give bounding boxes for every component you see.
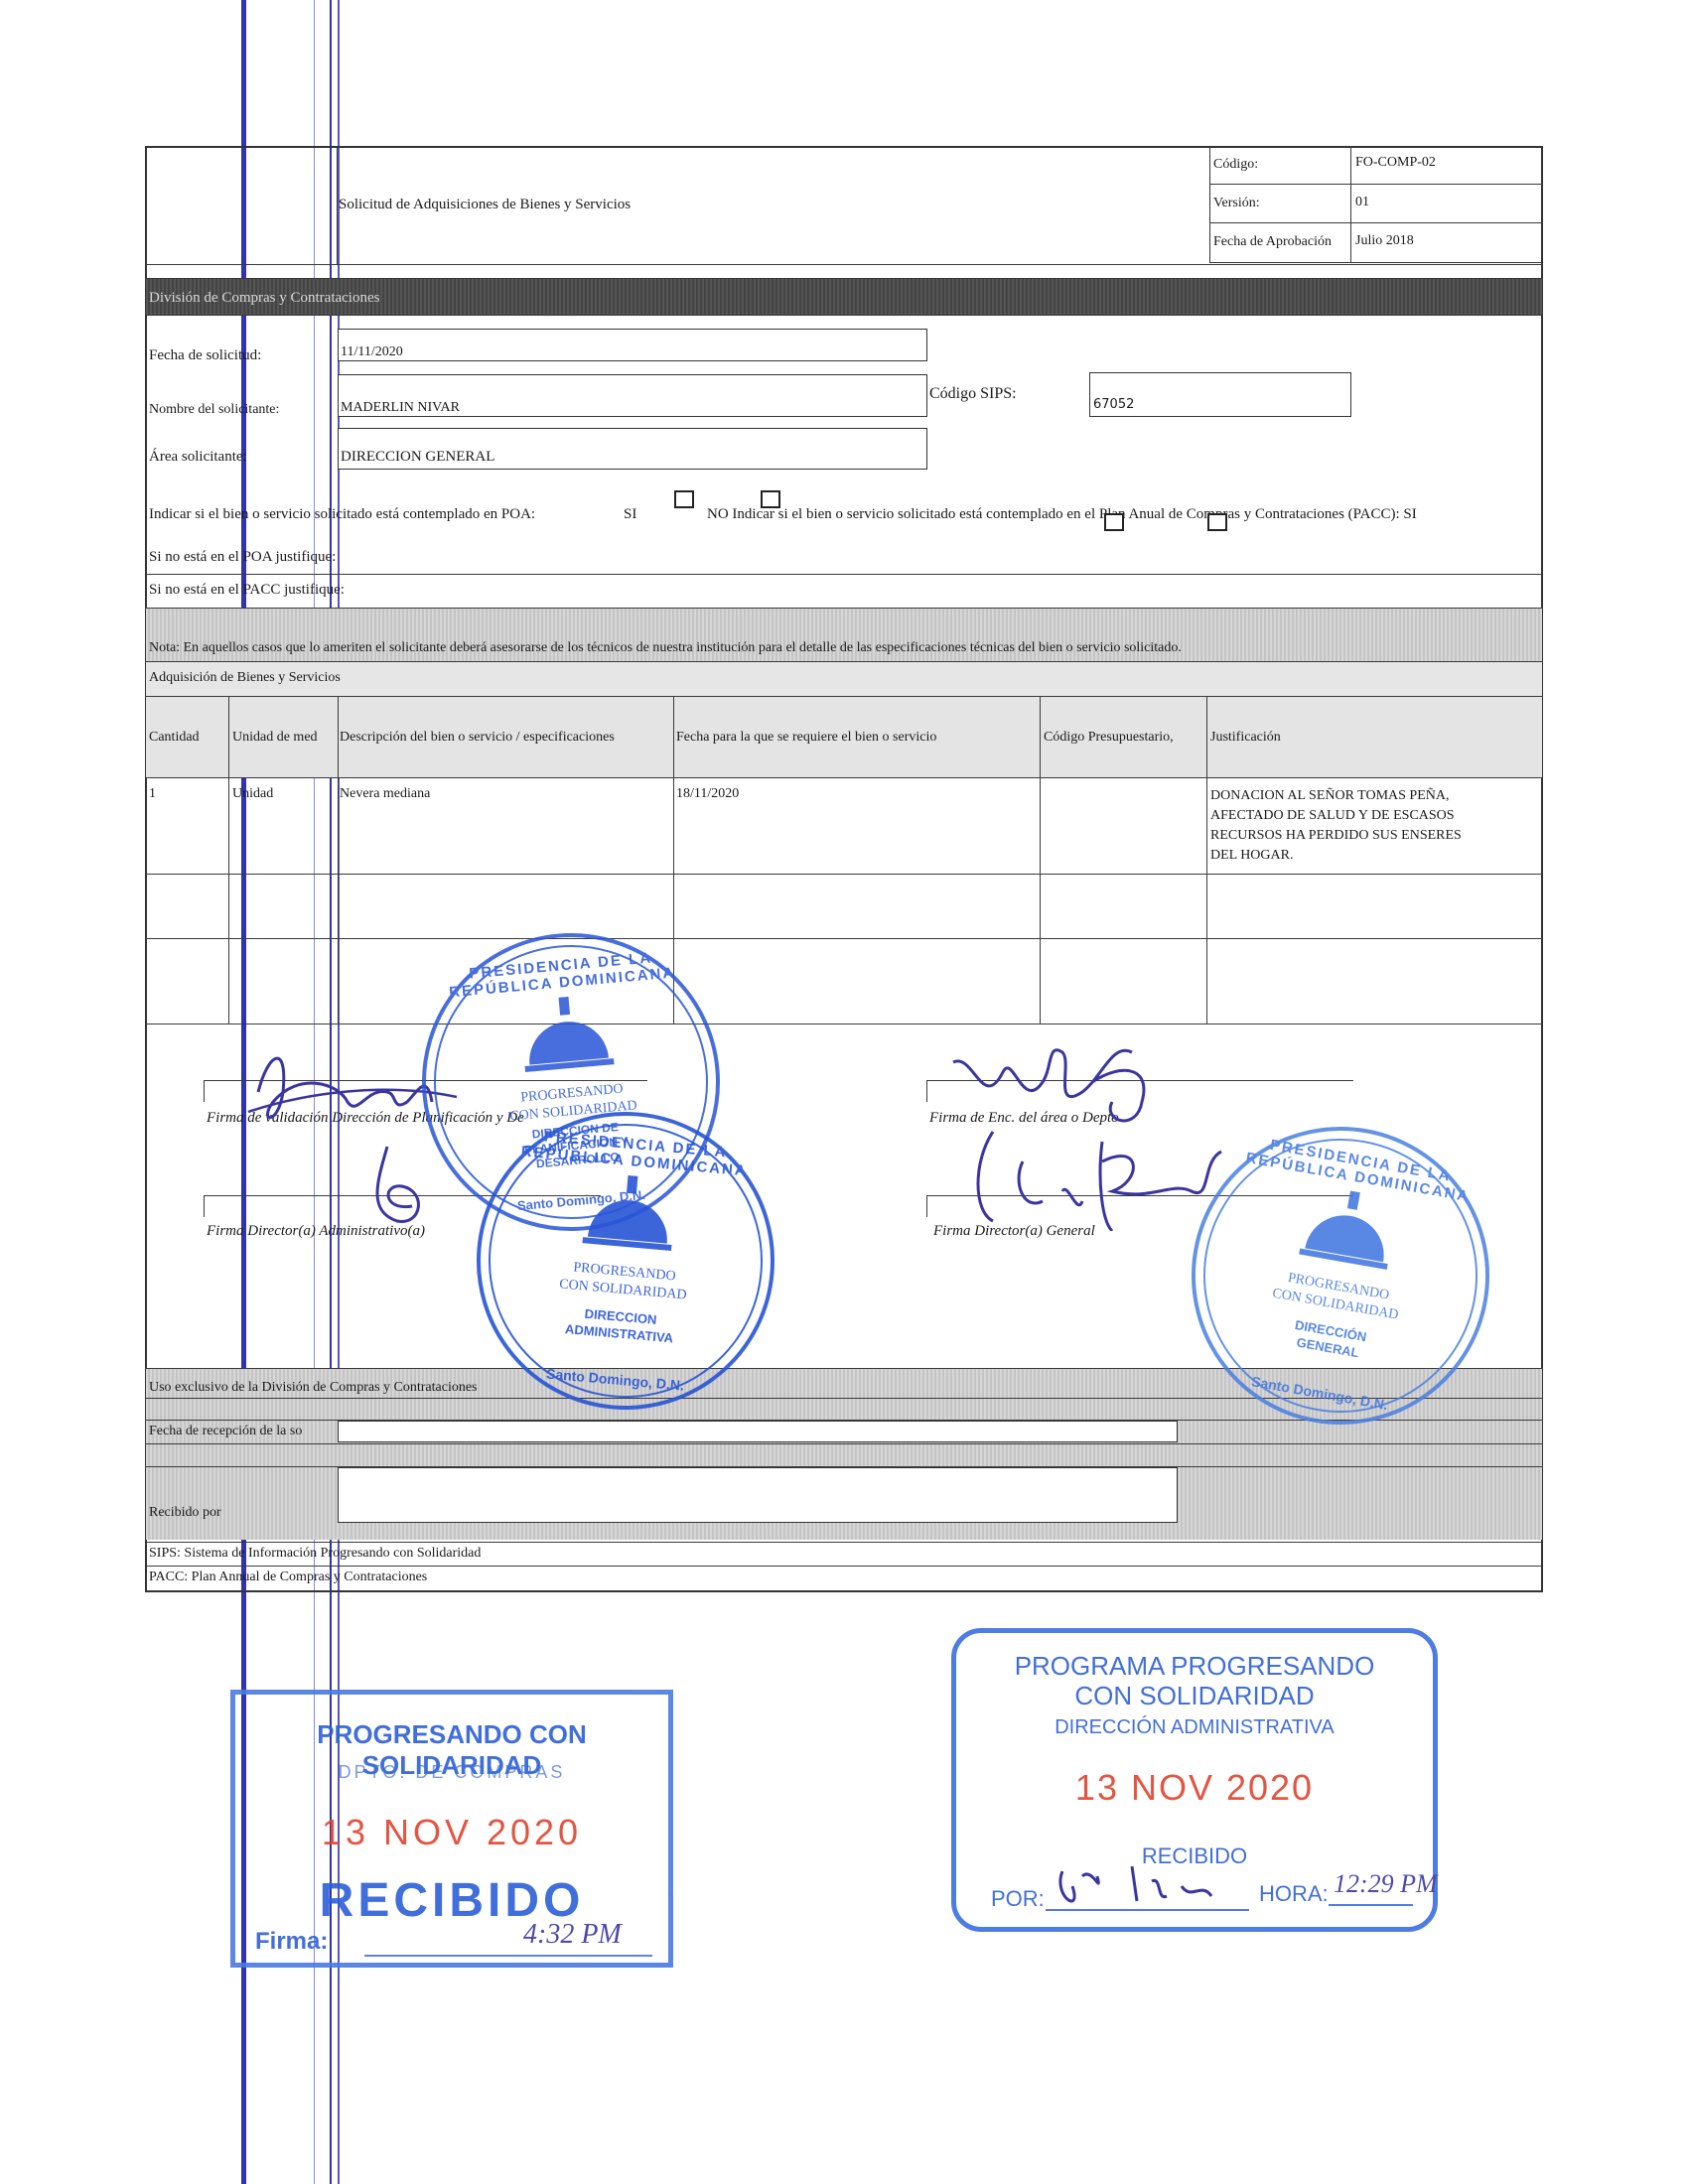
stamp-admin-date: 13 NOV 2020 <box>956 1767 1433 1809</box>
divider <box>145 315 1543 316</box>
table-col-divider <box>228 696 229 1024</box>
fecha-recepcion-label: Fecha de recepción de la so <box>149 1424 338 1439</box>
signature-tick <box>926 1080 927 1102</box>
divider <box>145 574 1543 575</box>
fecha-solicitud-value: 11/11/2020 <box>341 344 403 360</box>
col-header-codigo: Código Presupuestario, <box>1044 730 1174 746</box>
stamp-compras-time: 4:32 PM <box>523 1919 622 1951</box>
divider <box>145 1443 1543 1444</box>
table-row-divider <box>145 938 1543 939</box>
note-text: Nota: En aquellos casos que lo ameriten … <box>149 640 1182 656</box>
recibido-por-label: Recibido por <box>149 1505 221 1521</box>
fecha-solicitud-label: Fecha de solicitud: <box>149 347 261 364</box>
table-row-divider <box>145 1024 1543 1024</box>
divider <box>145 1542 1543 1543</box>
signature-tick <box>204 1195 205 1217</box>
table-col-divider <box>1040 696 1041 1024</box>
area-solicitante-value: DIRECCION GENERAL <box>341 449 494 466</box>
col-header-unidad: Unidad de med <box>232 730 336 746</box>
stamp-admin-hora-label: HORA: <box>1259 1881 1329 1907</box>
table-row-divider <box>145 874 1543 875</box>
poa-si-checkbox[interactable] <box>674 490 694 508</box>
fecha-solicitud-field[interactable] <box>338 329 927 361</box>
justificacion-line: DONACION AL SEÑOR TOMAS PEÑA, <box>1210 786 1462 806</box>
meta-row-divider <box>1209 222 1543 223</box>
stamp-admin-line2: CON SOLIDARIDAD <box>956 1681 1433 1711</box>
meta-codigo-value: FO-COMP-02 <box>1355 155 1436 171</box>
section-bar-title: División de Compras y Contrataciones <box>149 290 379 307</box>
hora-line <box>1329 1904 1413 1906</box>
nombre-solicitante-value: MADERLIN NIVAR <box>341 400 460 416</box>
fecha-recepcion-field[interactable] <box>338 1421 1178 1442</box>
cell-justificacion: DONACION AL SEÑOR TOMAS PEÑA, AFECTADO D… <box>1210 786 1462 866</box>
items-section-title: Adquisición de Bienes y Servicios <box>149 670 341 686</box>
table-col-divider <box>1206 696 1207 1024</box>
table-col-divider <box>338 696 339 1024</box>
cell-fecha: 18/11/2020 <box>676 786 739 802</box>
table-row-divider <box>145 777 1543 778</box>
stamp-admin-line3: DIRECCIÓN ADMINISTRATIVA <box>956 1716 1433 1739</box>
dome-icon <box>519 993 616 1080</box>
pacc-justify-label: Si no está en el PACC justifique: <box>149 582 345 599</box>
signature-tick <box>926 1195 927 1217</box>
justificacion-line: DEL HOGAR. <box>1210 846 1462 866</box>
meta-codigo-label: Código: <box>1213 157 1258 173</box>
meta-version-value: 01 <box>1355 195 1369 210</box>
divider <box>145 1566 1543 1567</box>
header-divider <box>337 146 338 265</box>
footnote-sips: SIPS: Sistema de Información Progresando… <box>149 1546 481 1562</box>
items-section-background <box>146 662 1542 696</box>
col-header-descripcion: Descripción del bien o servicio / especi… <box>340 730 671 746</box>
area-solicitante-label: Área solicitante: <box>149 449 247 466</box>
meta-version-label: Versión: <box>1213 196 1260 211</box>
exclusive-title: Uso exclusivo de la División de Compras … <box>149 1380 478 1396</box>
dome-icon <box>1298 1183 1400 1277</box>
stamp-compras-firma-label: Firma: <box>255 1928 328 1956</box>
col-header-cantidad: Cantidad <box>149 730 200 746</box>
meta-row-divider <box>1209 184 1543 185</box>
firma-line <box>364 1955 652 1957</box>
poa-justify-label: Si no está en el POA justifique: <box>149 549 336 566</box>
handwritten-signature <box>1043 1856 1241 1926</box>
col-header-fecha: Fecha para la que se requiere el bien o … <box>676 730 936 746</box>
stamp-admin-por-label: POR: <box>991 1886 1045 1912</box>
poa-no-checkbox[interactable] <box>761 490 780 508</box>
meta-col-divider <box>1350 146 1351 263</box>
cell-descripcion: Nevera mediana <box>340 786 430 802</box>
form-title: Solicitud de Adquisiciones de Bienes y S… <box>339 197 631 213</box>
nombre-solicitante-label: Nombre del solicitante: <box>149 402 279 418</box>
justificacion-line: RECURSOS HA PERDIDO SUS ENSERES <box>1210 826 1462 846</box>
stamp-compras-dept: DPTO. DE COMPRAS <box>235 1762 668 1783</box>
meta-fecha-value: Julio 2018 <box>1355 233 1414 249</box>
meta-fecha-label: Fecha de Aprobación <box>1213 234 1347 250</box>
stamp-compras-date: 13 NOV 2020 <box>235 1812 668 1853</box>
pacc-question: NO Indicar si el bien o servicio solicit… <box>707 506 1417 523</box>
col-header-justificacion: Justificación <box>1210 730 1281 746</box>
recibido-por-field[interactable] <box>338 1467 1178 1523</box>
codigo-sips-label: Código SIPS: <box>929 385 1017 403</box>
cell-unidad: Unidad <box>232 786 273 802</box>
stamp-compras-received: PROGRESANDO CON SOLIDARIDAD DPTO. DE COM… <box>230 1690 673 1968</box>
dome-icon <box>582 1171 678 1259</box>
poa-si-label: SI <box>624 506 636 523</box>
footnote-pacc: PACC: Plan Annual de Compras y Contratac… <box>149 1570 427 1585</box>
justificacion-line: AFECTADO DE SALUD Y DE ESCASOS <box>1210 806 1462 826</box>
cell-cantidad: 1 <box>149 786 156 802</box>
pacc-si-checkbox[interactable] <box>1104 513 1124 531</box>
signature-tick <box>204 1080 205 1102</box>
stamp-admin-line1: PROGRAMA PROGRESANDO <box>956 1651 1433 1682</box>
codigo-sips-value: 67052 <box>1093 397 1134 412</box>
stamp-admin-hora-value: 12:29 PM <box>1334 1869 1438 1899</box>
pacc-no-checkbox[interactable] <box>1207 513 1227 531</box>
divider <box>145 264 1543 265</box>
handwritten-signature <box>953 1122 1241 1231</box>
poa-question: Indicar si el bien o servicio solicitado… <box>149 506 535 523</box>
